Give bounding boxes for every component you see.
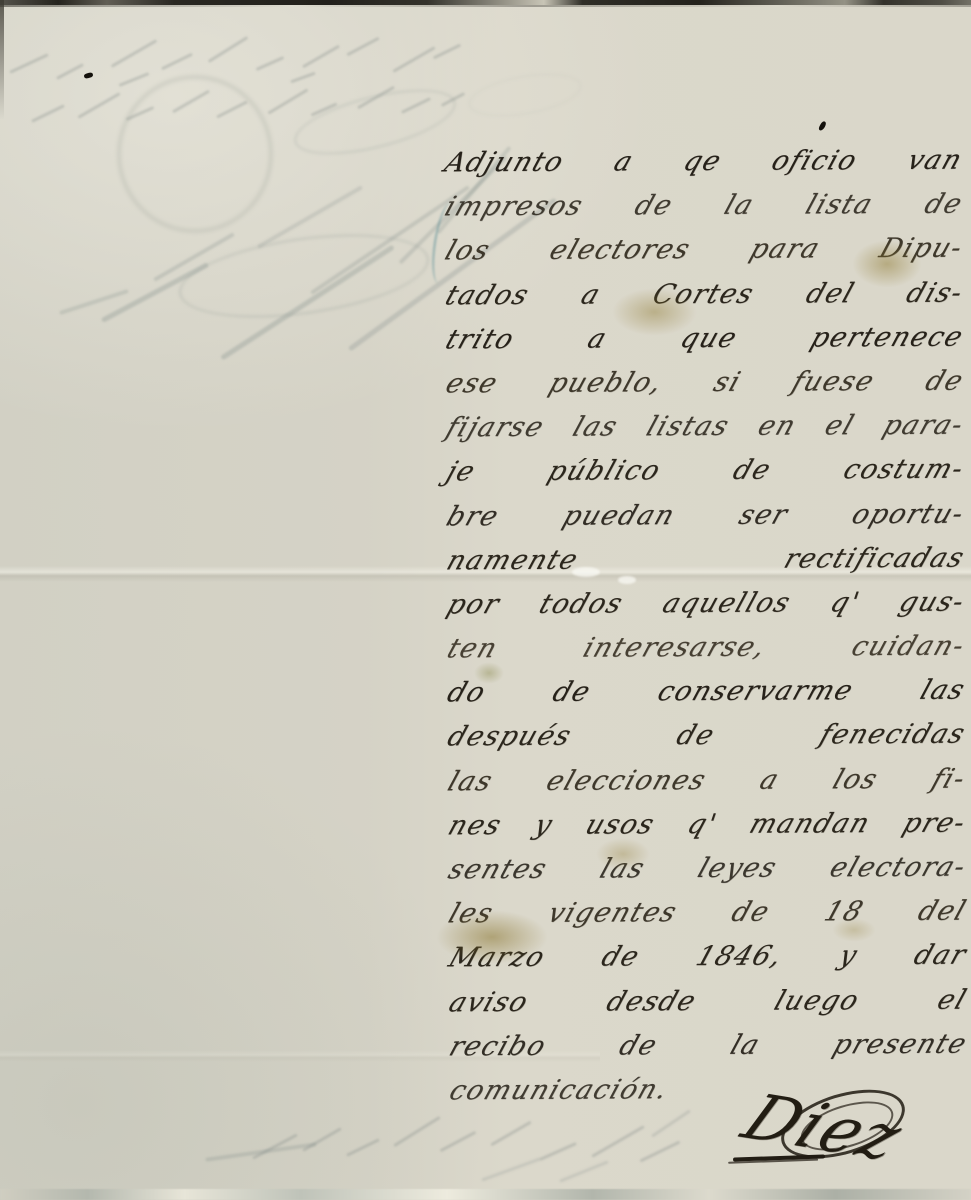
bleed-stroke (302, 1127, 342, 1152)
manuscript-line: impresos de la lista de (438, 183, 969, 230)
scan-edge-left (0, 0, 4, 120)
bleed-stroke (56, 63, 84, 80)
bleed-stroke (346, 1138, 380, 1156)
manuscript-line: Adjunto a qe oficio van (438, 139, 969, 186)
bleed-stroke (393, 1116, 440, 1147)
bleed-stroke (302, 45, 340, 69)
manuscript-line: fijarse las listas en el para- (439, 404, 970, 451)
manuscript-line: nes y usos q' mandan pre- (442, 801, 971, 848)
manuscript-line: trito a que pertenece (439, 315, 970, 362)
manuscript-line: comunicación. (443, 1067, 971, 1114)
bleed-stroke (290, 72, 315, 84)
bleed-stroke (111, 39, 158, 68)
manuscript-line: por todos aquellos q' gus- (440, 580, 971, 627)
bleed-stroke (346, 37, 379, 57)
bleed-stroke (559, 1160, 608, 1182)
bleed-stroke (392, 46, 435, 73)
manuscript-line: Marzo de 1846, y dar (442, 934, 971, 981)
manuscript-line: bre puedan ser oportu- (440, 492, 971, 539)
bleed-stroke (440, 1131, 477, 1152)
bleed-flourish-loop (466, 66, 585, 123)
bleed-stroke (591, 1125, 644, 1158)
manuscript-line: je público de costum- (440, 448, 971, 495)
manuscript-line: las elecciones a los fi- (441, 757, 971, 804)
bleed-stroke (31, 104, 65, 122)
manuscript-line: los electores para Dipu- (439, 227, 970, 274)
bleed-stroke (256, 56, 285, 71)
manuscript-line: sentes las leyes electora- (442, 846, 971, 893)
manuscript-line: después de fenecidas (441, 713, 971, 760)
bleed-stroke (77, 92, 120, 119)
manuscript-line: tados a Cortes del dis- (439, 271, 970, 318)
bleed-stroke (268, 88, 309, 114)
bleed-flourish-loop (288, 77, 462, 168)
manuscript-line: namente rectificadas (440, 536, 971, 583)
bleed-stroke (433, 44, 461, 60)
bleed-stroke (490, 1121, 531, 1147)
bleed-stroke (119, 72, 150, 87)
ink-tick-mark (818, 120, 827, 131)
manuscript-line: les vigentes de 18 del (442, 890, 971, 937)
scan-edge-bottom (0, 1189, 971, 1200)
bleed-stroke (640, 1141, 681, 1163)
bleed-stroke (539, 1142, 577, 1161)
scanned-letter-page: Adjunto a qe oficio van impresos de la l… (0, 0, 971, 1200)
manuscript-line: ese pueblo, si fuese de (439, 360, 970, 407)
manuscript-line: do de conservarme las (441, 669, 971, 716)
scan-edge-top-shadow (0, 5, 971, 7)
manuscript-line: recibo de la presente (443, 1022, 971, 1069)
letter-body: Adjunto a qe oficio van impresos de la l… (445, 139, 966, 1114)
manuscript-line: ten interesarse, cuidan- (441, 625, 971, 672)
signature-flourish-underline (733, 1154, 825, 1161)
bleed-stroke (481, 1157, 540, 1181)
bleed-stroke (161, 53, 193, 71)
manuscript-line: aviso desde luego el (442, 978, 971, 1025)
bleed-stroke (208, 36, 249, 63)
bleed-stroke (9, 53, 48, 73)
bleed-stroke (651, 1109, 691, 1137)
ink-speck (84, 72, 94, 79)
